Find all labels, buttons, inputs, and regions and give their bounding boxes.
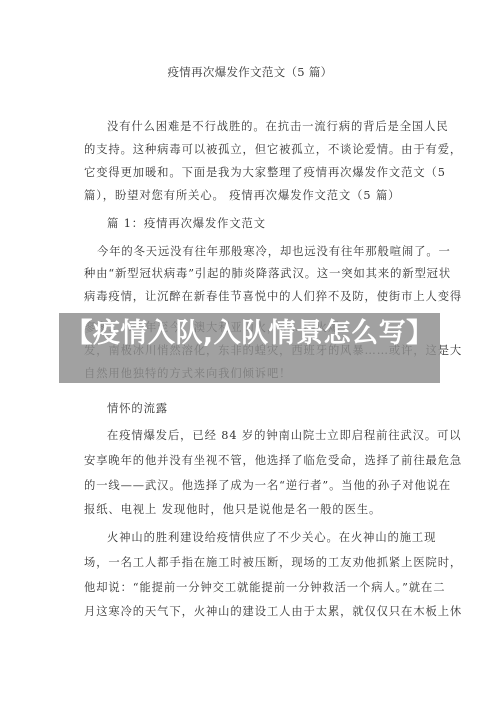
paragraph-line: 安享晚年的他并没有坐视不管，他选择了临危受命，选择了前往最危急 (84, 453, 416, 469)
paragraph-line: 报纸、电视上 发现他时，他只是说他是名一般的医生。 (84, 502, 416, 518)
intro-line: 篇），盼望对您有所关心。 疫情再次爆发作文范文（5 篇） (84, 188, 416, 204)
paragraph-line: 月这寒冷的天气下，火神山的建设工人由于太累，就仅仅只在木板上休 (84, 604, 416, 620)
intro-line: 它变得更加暖和。下面是我为大家整理了疫情再次爆发作文范文（5 (84, 165, 416, 181)
paragraph-line: 场，一名工人都手指在施工时被压断，现场的工友劝他抓紧上医院时， (84, 555, 416, 571)
overlay-title: 【疫情入队,入队情景怎么写】 (59, 318, 440, 349)
section-heading: 篇 1：疫情再次爆发作文范文 (107, 216, 416, 232)
document-title: 疫情再次爆发作文范文（5 篇） (0, 64, 500, 80)
paragraph-line: 他却说：“能提前一分钟交工就能提前一分钟救活一个病人。”就在二 (84, 580, 416, 596)
paragraph-line: 的一线——武汉。他选择了成为一名“逆行者”。当他的孙子对他说在 (84, 478, 416, 494)
paragraph-line: 病毒疫情，让沉醉在新春佳节喜悦中的人们猝不及防，使街市上人变得 (84, 289, 416, 305)
paragraph-line: 火神山的胜利建设给疫情供应了不少关心。在火神山的施工现 (107, 530, 416, 546)
intro-line: 没有什么困难是不行战胜的。在抗击一流行病的背后是全国人民 (107, 119, 416, 135)
intro-line: 的支持。这种病毒可以被孤立，但它被孤立，不谈论爱情。由于有爱， (84, 142, 416, 158)
paragraph-line: 种由“新型冠状病毒”引起的肺炎降落武汉。这一突如其来的新型冠状 (84, 266, 416, 282)
subheading: 情怀的流露 (107, 401, 416, 417)
paragraph-line: 今年的冬天远没有往年那般寒冷，却也远没有往年那般喧闹了。一 (97, 244, 429, 260)
paragraph-line: 在疫情爆发后，已经 84 岁的钟南山院士立即启程前往武汉。可以 (107, 428, 416, 444)
